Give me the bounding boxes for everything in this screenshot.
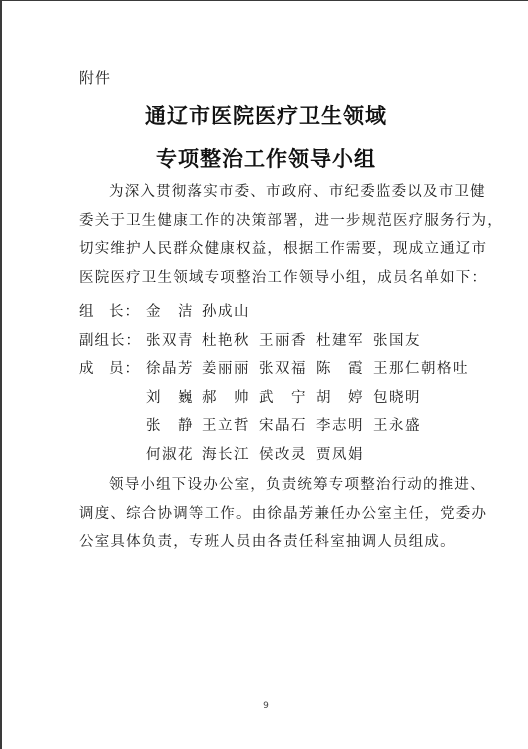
office-line: 领导小组下设办公室，负责统筹专项整治行动的推进、 <box>79 471 469 500</box>
member-name: 王丽香 <box>259 327 307 356</box>
member-name: 金 洁 <box>146 298 194 327</box>
member-name: 徐晶芳 <box>146 355 194 384</box>
document-page: 附件 通辽市医院医疗卫生领域 专项整治工作领导小组 为深入贯彻落实市委、市政府、… <box>0 0 528 749</box>
member-name: 张国友 <box>373 327 421 356</box>
office-paragraph: 领导小组下设办公室，负责统筹专项整治行动的推进、 调度、综合协调等工作。由徐晶芳… <box>79 471 469 557</box>
page-number: 9 <box>2 701 528 711</box>
office-line: 公室具体负责，专班人员由各责任科室抽调人员组成。 <box>79 528 469 557</box>
member-name: 王立哲 <box>202 412 250 441</box>
member-name: 贾凤娟 <box>316 441 364 470</box>
member-name: 武 宁 <box>259 384 307 413</box>
role-char: 员： <box>109 355 140 384</box>
member-name: 刘 巍 <box>146 384 194 413</box>
role-char: 长： <box>109 298 140 327</box>
member-name: 张双福 <box>259 355 307 384</box>
member-name: 宋晶石 <box>259 412 307 441</box>
member-name: 李志明 <box>316 412 364 441</box>
member-name: 姜丽丽 <box>202 355 250 384</box>
role-text: 副组长： <box>79 327 141 356</box>
member-name: 何淑花 <box>146 441 194 470</box>
intro-line: 切实维护人民群众健康权益，根据工作需要，现成立通辽市 <box>79 235 469 264</box>
member-name: 侯改灵 <box>259 441 307 470</box>
member-name: 王那仁朝格吐 <box>373 355 469 384</box>
member-name: 胡 婷 <box>316 384 364 413</box>
intro-paragraph: 为深入贯彻落实市委、市政府、市纪委监委以及市卫健 委关于卫生健康工作的决策部署，… <box>79 178 469 292</box>
member-name: 张 静 <box>146 412 194 441</box>
member-name: 杜艳秋 <box>202 327 250 356</box>
intro-line: 为深入贯彻落实市委、市政府、市纪委监委以及市卫健 <box>79 178 469 207</box>
intro-line: 委关于卫生健康工作的决策部署，进一步规范医疗服务行为， <box>79 207 469 236</box>
document-title-line-1: 通辽市医院医疗卫生领域 <box>2 100 528 130</box>
member-name: 孙成山 <box>202 298 250 327</box>
office-line: 调度、综合协调等工作。由徐晶芳兼任办公室主任，党委办 <box>79 500 469 529</box>
member-name: 陈 霞 <box>316 355 364 384</box>
member-name: 王永盛 <box>373 412 421 441</box>
member-name: 包晓明 <box>373 384 421 413</box>
role-char: 成 <box>79 355 95 384</box>
member-name: 郝 帅 <box>202 384 250 413</box>
role-char: 组 <box>79 298 95 327</box>
member-name: 杜建军 <box>316 327 364 356</box>
attachment-label: 附件 <box>79 67 111 88</box>
document-title-line-2: 专项整治工作领导小组 <box>2 143 528 173</box>
intro-line: 医院医疗卫生领域专项整治工作领导小组，成员名单如下： <box>79 264 469 293</box>
member-name: 海长江 <box>202 441 250 470</box>
member-name: 张双青 <box>146 327 194 356</box>
